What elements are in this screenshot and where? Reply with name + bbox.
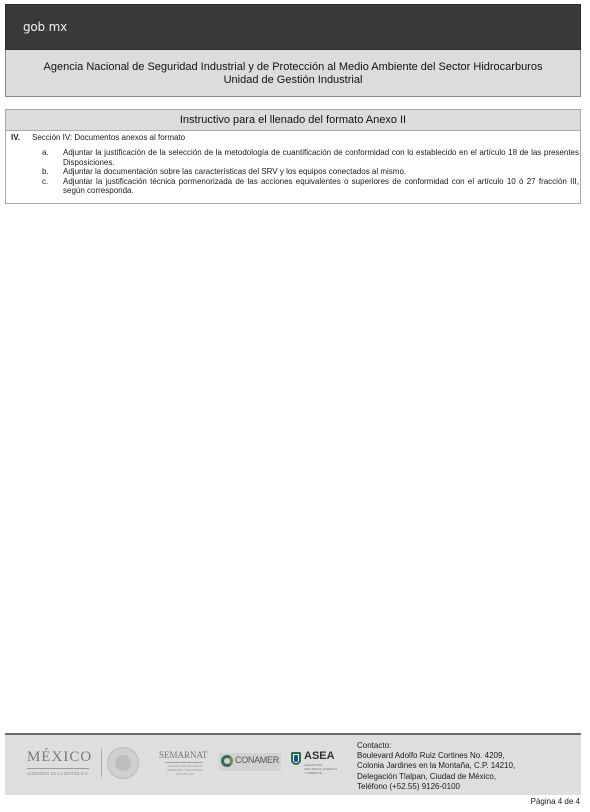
contact-address-line: Colonia Jardines en la Montaña, C.P. 142…	[357, 761, 515, 771]
item-text: Adjuntar la documentación sobre las cara…	[63, 167, 406, 176]
item-text: Adjuntar la justificación de la selecció…	[63, 148, 579, 167]
asea-logo: ASEA AGENCIA DE SEGURIDAD, ENERGÍA Y AMB…	[289, 750, 339, 780]
contact-address-line: Delegación Tlalpan, Ciudad de México,	[357, 772, 515, 782]
asea-subtitle: AGENCIA DE SEGURIDAD, ENERGÍA Y AMBIENTE	[304, 763, 338, 775]
mexico-gobierno-logo: MÉXICO GOBIERNO DE LA REPÚBLICA	[23, 747, 141, 781]
list-item: b. Adjuntar la documentación sobre las c…	[42, 167, 579, 177]
item-letter: a.	[42, 148, 49, 158]
semarnat-subtitle: SECRETARÍA DE MEDIO AMBIENTE Y RECURSOS …	[163, 764, 207, 776]
item-letter: c.	[42, 177, 48, 187]
list-item: a. Adjuntar la justificación de la selec…	[42, 148, 579, 167]
contact-block: Contacto: Boulevard Adolfo Ruiz Cortines…	[357, 741, 515, 792]
conamer-logo: CONAMER	[219, 753, 281, 771]
page-number: Página 4 de 4	[531, 797, 580, 806]
contact-address-line: Boulevard Adolfo Ruiz Cortines No. 4209,	[357, 751, 515, 761]
contact-label: Contacto:	[357, 741, 515, 751]
section-item-list: a. Adjuntar la justificación de la selec…	[42, 148, 579, 196]
semarnat-wordmark: SEMARNAT	[159, 750, 208, 760]
instructions-title: Instructivo para el llenado del formato …	[6, 110, 580, 131]
section-title: Sección IV: Documentos anexos al formato	[32, 133, 185, 143]
mexico-subtitle: GOBIERNO DE LA REPÚBLICA	[27, 771, 88, 776]
semarnat-logo: SEMARNAT SECRETARÍA DE MEDIO AMBIENTE Y …	[157, 750, 211, 778]
agency-name: Agencia Nacional de Seguridad Industrial…	[6, 61, 580, 74]
asea-wordmark: ASEA	[304, 750, 335, 762]
asea-shield-icon	[291, 752, 301, 765]
item-text: Adjuntar la justificación técnica pormen…	[63, 177, 579, 196]
logo-separator	[101, 749, 102, 777]
conamer-wordmark: CONAMER	[235, 755, 279, 765]
instructions-box: Instructivo para el llenado del formato …	[5, 109, 581, 204]
unit-name: Unidad de Gestión Industrial	[6, 74, 580, 87]
semarnat-bar	[165, 762, 203, 763]
mexico-wordmark: MÉXICO	[27, 749, 92, 766]
page-footer: MÉXICO GOBIERNO DE LA REPÚBLICA SEMARNAT…	[5, 733, 581, 795]
gob-mx-header-bar: gob.mx	[5, 4, 581, 50]
gob-mx-logo[interactable]: gob.mx	[23, 20, 67, 34]
conamer-circle-icon	[221, 755, 233, 767]
agency-banner: Agencia Nacional de Seguridad Industrial…	[5, 50, 581, 97]
brand-text-gob: gob	[23, 20, 45, 34]
list-item: c. Adjuntar la justificación técnica por…	[42, 177, 579, 196]
mexico-underline	[27, 768, 89, 769]
section-number: IV.	[11, 133, 20, 143]
brand-text-mx: mx	[49, 20, 67, 34]
national-seal-icon	[107, 747, 139, 779]
item-letter: b.	[42, 167, 49, 177]
contact-phone: Teléfono (+52.55) 9126-0100	[357, 782, 515, 792]
